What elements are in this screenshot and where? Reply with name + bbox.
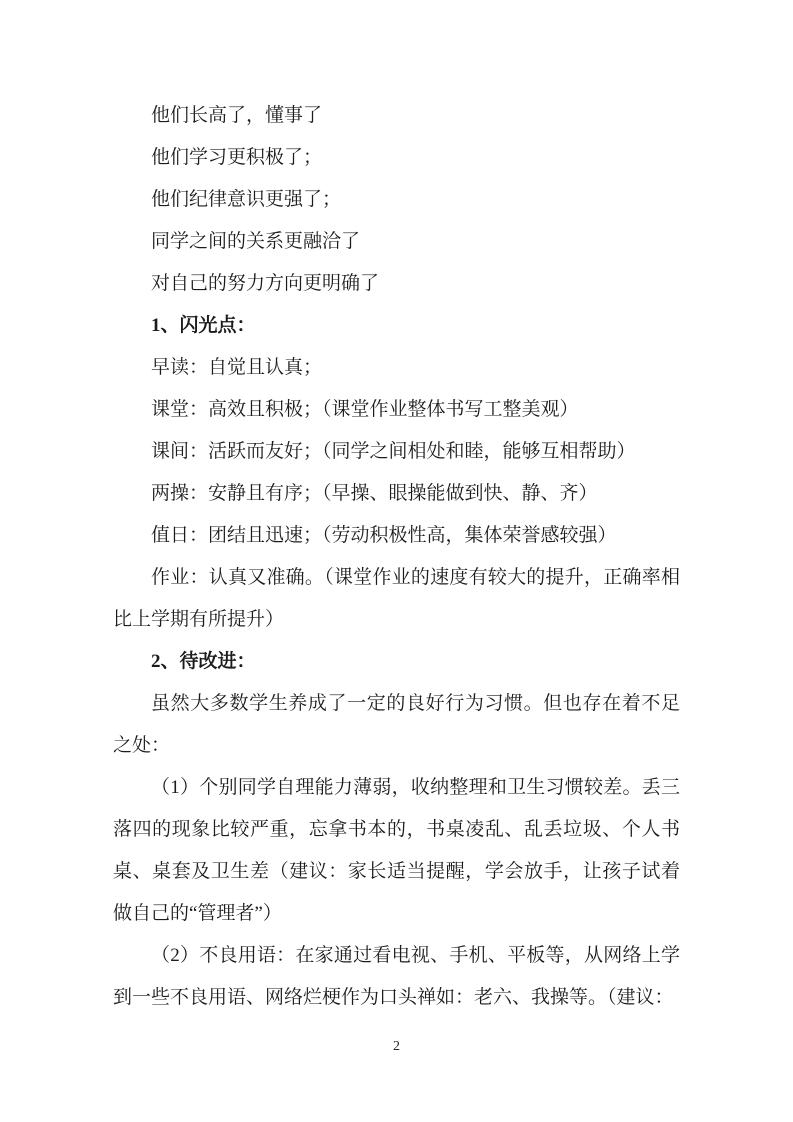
- document-body: 他们长高了，懂事了 他们学习更积极了； 他们纪律意识更强了； 同学之间的关系更融…: [113, 95, 680, 1019]
- paragraph-discipline: 他们纪律意识更强了；: [113, 179, 680, 221]
- paragraph-morning-reading: 早读：自觉且认真；: [113, 347, 680, 389]
- paragraph-direction: 对自己的努力方向更明确了: [113, 263, 680, 305]
- heading-highlights: 1、闪光点：: [113, 305, 680, 347]
- paragraph-duty: 值日：团结且迅速；（劳动积极性高，集体荣誉感较强）: [113, 515, 680, 557]
- paragraph-growth: 他们长高了，懂事了: [113, 95, 680, 137]
- paragraph-homework: 作业：认真又准确。（课堂作业的速度有较大的提升，正确率相比上学期有所提升）: [113, 557, 680, 641]
- paragraph-class: 课堂：高效且积极；（课堂作业整体书写工整美观）: [113, 389, 680, 431]
- paragraph-relationships: 同学之间的关系更融洽了: [113, 221, 680, 263]
- paragraph-issue-2: （2）不良用语：在家通过看电视、手机、平板等，从网络上学到一些不良用语、网络烂梗…: [113, 935, 680, 1019]
- paragraph-study: 他们学习更积极了；: [113, 137, 680, 179]
- paragraph-exercises: 两操：安静且有序；（早操、眼操能做到快、静、齐）: [113, 473, 680, 515]
- document-page: 他们长高了，懂事了 他们学习更积极了； 他们纪律意识更强了； 同学之间的关系更融…: [0, 0, 793, 1122]
- paragraph-issue-1: （1）个别同学自理能力薄弱，收纳整理和卫生习惯较差。丢三落四的现象比较严重，忘拿…: [113, 767, 680, 935]
- heading-improvements: 2、待改进：: [113, 641, 680, 683]
- paragraph-recess: 课间：活跃而友好；（同学之间相处和睦，能够互相帮助）: [113, 431, 680, 473]
- paragraph-improvement-intro: 虽然大多数学生养成了一定的良好行为习惯。但也存在着不足之处：: [113, 683, 680, 767]
- page-number: 2: [0, 1036, 793, 1058]
